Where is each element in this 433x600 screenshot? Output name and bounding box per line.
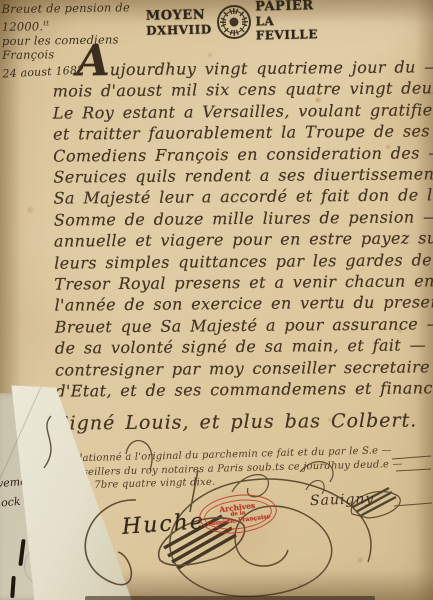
notarial-note: Collationné a l'original du parchemin ce… [62, 443, 423, 493]
manuscript-body: Aujourdhuy vingt quatrieme jour du — moi… [52, 48, 427, 434]
body-line: et traitter fauorablement la Troupe de s… [53, 121, 425, 146]
signature-huche: Huche [121, 509, 205, 540]
livres-superscript: tt [43, 19, 49, 27]
body-line: de sa volonté signé de sa main, et fait … [55, 335, 427, 360]
fiscal-stamp: MOYEN DXHVIID PAPIER [146, 0, 319, 44]
fiscal-stamp-right-words: PAPIER LA FEVILLE [255, 0, 318, 43]
scan-bottom-edge [85, 596, 375, 600]
stamp-word-moyen: MOYEN [146, 8, 212, 23]
header-title-text: Breuet de pension de 12000. [1, 0, 130, 33]
ink-mark [10, 576, 16, 598]
body-line: d'Etat, et de ses commandemens et financ… [55, 377, 427, 402]
body-line: mois d'aoust mil six cens quatre vingt d… [53, 78, 425, 103]
body-line: Sa Majesté leur a accordé et fait don de… [54, 185, 426, 210]
archive-stamp-line: Comédie Française [207, 514, 271, 528]
signature-statement-line: Signé Louis, et plus bas Colbert. [55, 410, 427, 435]
archive-stamp: Archives de la Comédie Française [197, 490, 279, 537]
signature-sauigny: Sauigny [310, 491, 375, 509]
stamp-word-feuille: LA FEVILLE [255, 13, 318, 42]
rosette-icon [213, 2, 254, 43]
fiscal-stamp-left-words: MOYEN DXHVIID [146, 8, 212, 37]
stamp-word-papier: PAPIER [255, 0, 318, 15]
header-title-line: Breuet de pension de 12000.tt [1, 0, 151, 34]
stamp-word-duty: DXHVIID [146, 22, 212, 37]
body-line: Aujourdhuy vingt quatrieme jour du — [52, 48, 424, 81]
manuscript-page: Breuet de pension de 12000.tt pour les c… [0, 0, 433, 600]
body-line: annuelle et viagere pour en estre payez … [54, 228, 426, 253]
archive-stamp-inner: Archives de la Comédie Française [202, 495, 273, 532]
body-line: l'année de son exercice en vertu du pres… [54, 292, 426, 317]
